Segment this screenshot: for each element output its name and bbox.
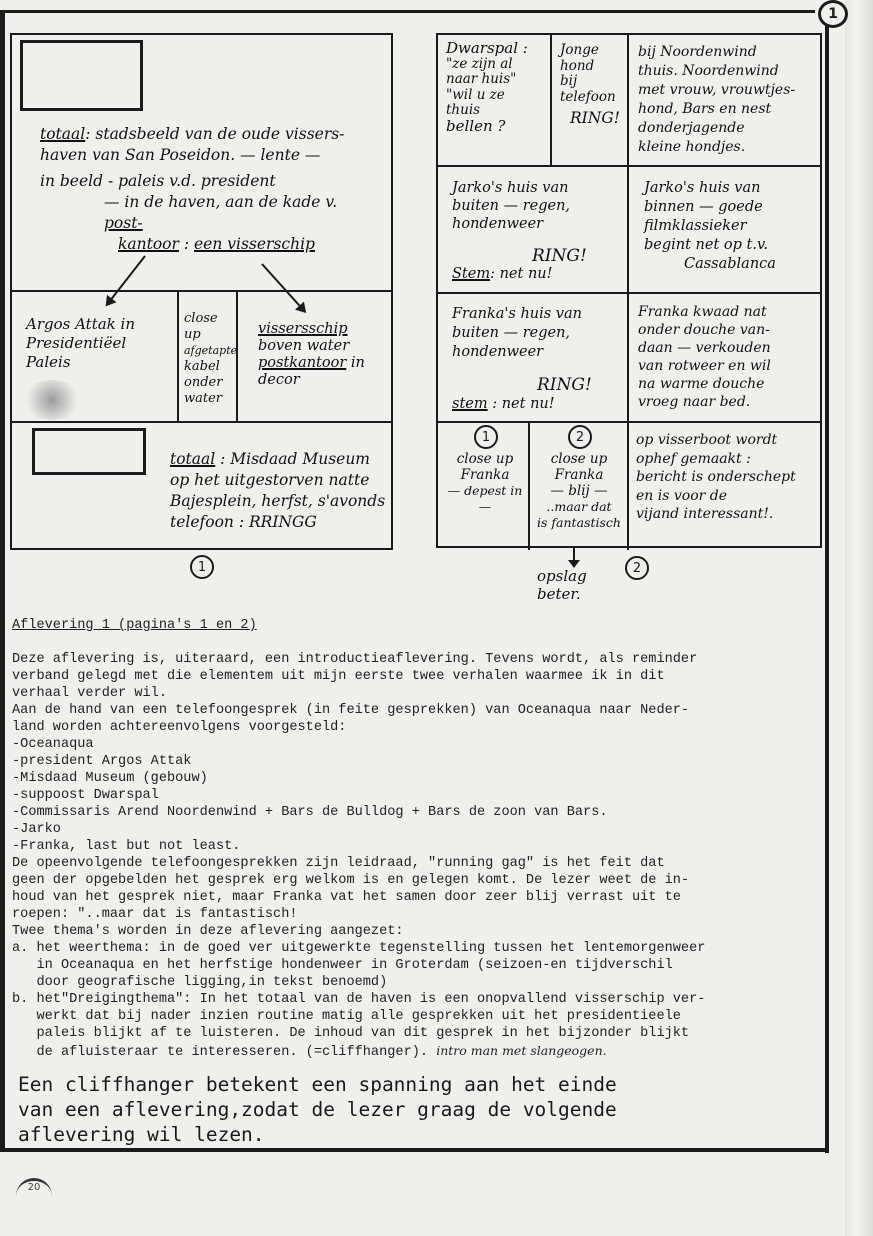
list-item: -Franka, last but not least.: [12, 838, 842, 855]
divider: [12, 421, 391, 423]
panel-fishing-ship: vissersschip boven water postkantoor in …: [252, 317, 392, 393]
list-item: -Jarko: [12, 821, 842, 838]
bottom-page-number: 20: [16, 1178, 52, 1199]
arrow-to-palace: [106, 255, 146, 305]
list-item: -president Argos Attak: [12, 753, 842, 770]
storyboard-left: totaal: stadsbeeld van de oude vissers- …: [10, 33, 393, 550]
ink-smudge: [22, 380, 82, 420]
handwritten-note: intro man met slangeogen.: [436, 1043, 606, 1058]
intro-paragraph: Deze aflevering is, uiteraard, een intro…: [12, 651, 842, 736]
list-item: -Misdaad Museum (gebouw): [12, 770, 842, 787]
running-gag-paragraph: De opeenvolgende telefoongesprekken zijn…: [12, 855, 842, 940]
divider: [438, 165, 822, 167]
panel-jarko-outside: Jarko's huis van buiten — regen, hondenw…: [446, 175, 626, 287]
page-edge-shadow: [845, 0, 873, 1236]
page-number-circle: 1: [818, 0, 848, 28]
panel-franka-closeup-happy: close up Franka — blij — ..maar dat is f…: [530, 447, 628, 535]
frame-border-bottom: [0, 1148, 829, 1152]
panel-franka-outside: Franka's huis van buiten — regen, honden…: [446, 301, 626, 418]
divider: [438, 292, 822, 294]
panel-argos-palace: Argos Attak in Presidentiëel Paleis: [20, 311, 175, 376]
theme-a: a. het weerthema: in de goed ver uitgewe…: [12, 940, 842, 991]
panel-franka-inside: Franka kwaad nat onder douche van- daan …: [632, 299, 822, 415]
list-item: -suppoost Dwarspal: [12, 787, 842, 804]
panel-young-dog: Jonge hond bij telefoon RING!: [554, 39, 629, 131]
panel-tapped-cable: close up afgetapte kabel onder water: [178, 307, 238, 411]
panel-dwarspal: Dwarspal : "ze zijn al naar huis" "wil u…: [440, 37, 550, 138]
note-opslag-beter: opslag beter.: [537, 567, 587, 603]
character-list: -Oceanaqua-president Argos Attak-Misdaad…: [12, 736, 842, 855]
divider: [12, 290, 391, 292]
list-item: -Commissaris Arend Noordenwind + Bars de…: [12, 804, 842, 821]
panel-noordenwind-home: bij Noordenwind thuis. Noordenwind met v…: [632, 39, 822, 161]
frame-border-top: [0, 10, 815, 13]
page-marker-1: 1: [190, 555, 214, 579]
shot-marker-1: 1: [474, 425, 498, 449]
thumbnail-frame: [32, 428, 146, 475]
page-marker-2: 2: [625, 556, 649, 580]
shot-marker-2: 2: [568, 425, 592, 449]
panel-franka-closeup-annoyed: close up Franka — depest in —: [440, 447, 530, 519]
storyboard-right: Dwarspal : "ze zijn al naar huis" "wil u…: [436, 33, 822, 548]
panel-overview-harbour: totaal: stadsbeeld van de oude vissers- …: [34, 120, 384, 259]
list-item: -Oceanaqua: [12, 736, 842, 753]
thumbnail-frame: [20, 40, 143, 111]
panel-fishing-boat-alarm: op visserboot wordt ophef gemaakt : beri…: [630, 427, 822, 528]
arrow-to-ship: [261, 263, 305, 312]
theme-b: b. het"Dreigingthema": In het totaal van…: [12, 991, 842, 1061]
frame-border-left: [0, 10, 5, 1150]
panel-jarko-inside: Jarko's huis van binnen — goede filmklas…: [638, 175, 818, 278]
panel-crime-museum: totaal : Misdaad Museum op het uitgestor…: [164, 445, 394, 537]
episode-heading: Aflevering 1 (pagina's 1 en 2): [12, 617, 842, 634]
divider: [438, 421, 822, 423]
episode-description: Aflevering 1 (pagina's 1 en 2)Deze aflev…: [12, 600, 842, 1078]
divider: [550, 35, 552, 165]
cliffhanger-definition: Een cliffhanger betekent een spanning aa…: [18, 1072, 818, 1147]
